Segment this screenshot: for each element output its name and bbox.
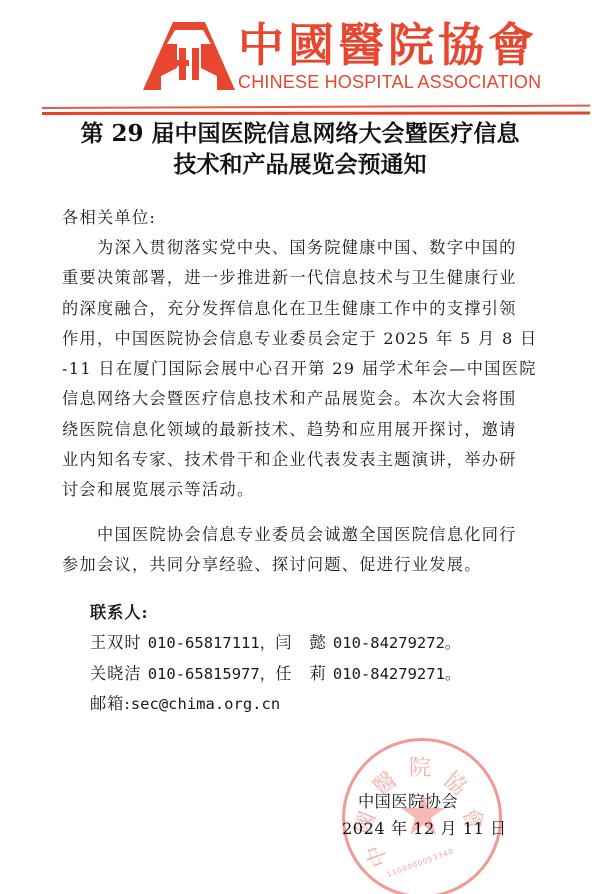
paragraph-line: 中国医院协会信息专业委员会诚邀全国医院信息化同行 (62, 520, 582, 550)
email-row: 邮箱:sec@chima.org.cn (90, 689, 600, 719)
contact-name: 关晓洁 (90, 664, 142, 683)
paragraph-line: 绕医院信息化领域的最新技术、趋势和应用展开探讨，邀请 (62, 415, 582, 445)
seal-char: 院 (409, 751, 431, 782)
seal-number: 1100000053340 (386, 847, 455, 879)
paragraph-line: 业内知名专家、技术骨干和企业代表发表主题演讲，举办研 (62, 445, 582, 475)
document-title-line1: 第 29 届中国医院信息网络大会暨医疗信息 (0, 118, 600, 149)
document-title-line2: 技术和产品展览会预通知 (0, 149, 600, 180)
contacts-heading: 联系人: (90, 598, 600, 628)
contact-name: 王双时 (90, 633, 142, 652)
paragraph-line: 为深入贯彻落实党中央、国务院健康中国、数字中国的 (62, 233, 582, 263)
signature-date: 2024 年 12 月 11 日 (342, 815, 507, 839)
contact-phone: 010-84279271。 (333, 665, 460, 683)
signature-org: 中国医院协会 (358, 788, 458, 812)
paragraph-1: 为深入贯彻落实党中央、国务院健康中国、数字中国的 重要决策部署，进一步推进新一代… (62, 233, 582, 506)
contact-row: 关晓洁 010-65815977，任 莉 010-84279271。 (90, 659, 600, 689)
contact-name: 任 莉 (275, 664, 327, 683)
contact-name: 闫 懿 (275, 633, 327, 652)
paragraph-line: 信息网络大会暨医疗信息技术和产品展览会。本次大会将围 (62, 384, 582, 414)
paragraph-line: 作用，中国医院协会信息专业委员会定于 2025 年 5 月 8 日 (62, 324, 582, 354)
paragraph-line: 重要决策部署，进一步推进新一代信息技术与卫生健康行业 (62, 263, 582, 293)
email-link[interactable]: sec@chima.org.cn (131, 695, 280, 713)
contact-phone: 010-84279272。 (333, 634, 460, 652)
association-name-en: CHINESE HOSPITAL ASSOCIATION (238, 72, 541, 93)
association-name-cn: 中國醫院協會 (238, 18, 538, 72)
paragraph-line: 讨会和展览展示等活动。 (62, 475, 582, 505)
contact-row: 王双时 010-65817111，闫 懿 010-84279272。 (90, 628, 600, 658)
cha-logo-icon (143, 22, 235, 90)
contacts-block: 联系人: 王双时 010-65817111，闫 懿 010-84279272。 … (90, 598, 600, 719)
paragraph-line: 参加会议，共同分享经验、探讨问题、促进行业发展。 (62, 550, 582, 580)
header-rule-thick (42, 112, 590, 115)
contact-phone: 010-65815977， (148, 665, 275, 683)
header-rule-thin (42, 105, 590, 109)
salutation: 各相关单位: (62, 203, 582, 233)
contact-phone: 010-65817111， (148, 634, 275, 652)
seal-char: 中 (358, 841, 395, 872)
email-label: 邮箱: (90, 694, 131, 713)
paragraph-line: -11 日在厦门国际会展中心召开第 29 届学术年会—中国医院 (62, 354, 582, 384)
paragraph-2: 中国医院协会信息专业委员会诚邀全国医院信息化同行 参加会议，共同分享经验、探讨问… (62, 520, 582, 581)
paragraph-line: 的深度融合，充分发挥信息化在卫生健康工作中的支撑引领 (62, 294, 582, 324)
